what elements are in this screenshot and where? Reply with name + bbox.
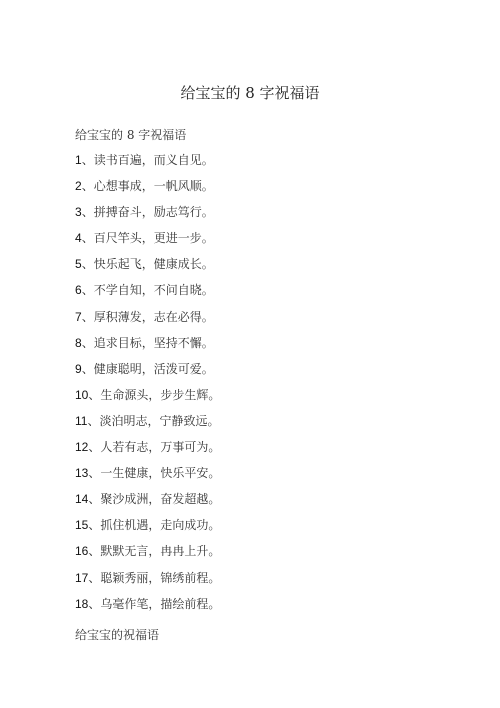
list-item: 11、淡泊明志，宁静致远。 — [75, 413, 220, 439]
list-item: 2、心想事成，一帆风顺。 — [75, 178, 220, 204]
list-item: 18、乌毫作笔，描绘前程。 — [75, 596, 220, 622]
list-item: 8、追求目标，坚持不懈。 — [75, 335, 220, 361]
footer-heading: 给宝宝的祝福语 — [75, 626, 159, 643]
list-item: 10、生命源头，步步生辉。 — [75, 387, 220, 413]
list-item: 16、默默无言，冉冉上升。 — [75, 543, 220, 569]
blessing-list: 1、读书百遍，而义自见。 2、心想事成，一帆风顺。 3、拼搏奋斗，励志笃行。 4… — [75, 152, 220, 622]
list-item: 14、聚沙成洲，奋发超越。 — [75, 491, 220, 517]
list-item: 15、抓住机遇，走向成功。 — [75, 517, 220, 543]
document-title: 给宝宝的 8 字祝福语 — [0, 82, 500, 103]
list-item: 6、不学自知，不问自晓。 — [75, 282, 220, 308]
list-item: 7、厚积薄发，志在必得。 — [75, 309, 220, 335]
list-item: 12、人若有志，万事可为。 — [75, 439, 220, 465]
list-item: 9、健康聪明，活泼可爱。 — [75, 361, 220, 387]
section-heading: 给宝宝的 8 字祝福语 — [75, 126, 186, 143]
list-item: 17、聪颖秀丽，锦绣前程。 — [75, 570, 220, 596]
list-item: 1、读书百遍，而义自见。 — [75, 152, 220, 178]
list-item: 3、拼搏奋斗，励志笃行。 — [75, 204, 220, 230]
list-item: 5、快乐起飞，健康成长。 — [75, 256, 220, 282]
list-item: 4、百尺竿头，更进一步。 — [75, 230, 220, 256]
list-item: 13、一生健康，快乐平安。 — [75, 465, 220, 491]
